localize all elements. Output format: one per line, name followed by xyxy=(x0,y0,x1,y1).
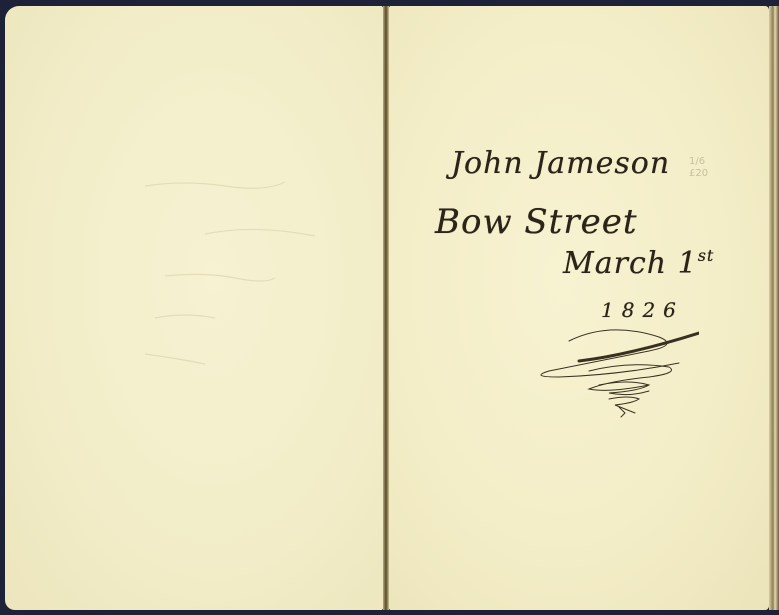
pencil-note-line: £20 xyxy=(689,168,708,180)
pencil-note: 1/6 £20 xyxy=(689,156,708,180)
book-spread: John Jameson Bow Street March 1st 1826 1… xyxy=(0,0,779,615)
page-edge xyxy=(769,6,779,610)
bleed-through-marks xyxy=(5,6,383,610)
owner-name: John Jameson xyxy=(451,146,670,181)
calligraphic-flourish-icon xyxy=(539,321,699,421)
pencil-note-line: 1/6 xyxy=(689,156,708,168)
date-suffix: st xyxy=(698,246,715,265)
inscription-area: John Jameson Bow Street March 1st 1826 1… xyxy=(389,6,769,610)
left-page xyxy=(5,6,383,610)
inscription-date: March 1st xyxy=(563,246,714,281)
date-month-day: March 1 xyxy=(563,246,698,281)
owner-address: Bow Street xyxy=(435,202,637,242)
inscription-year: 1826 xyxy=(601,298,684,322)
